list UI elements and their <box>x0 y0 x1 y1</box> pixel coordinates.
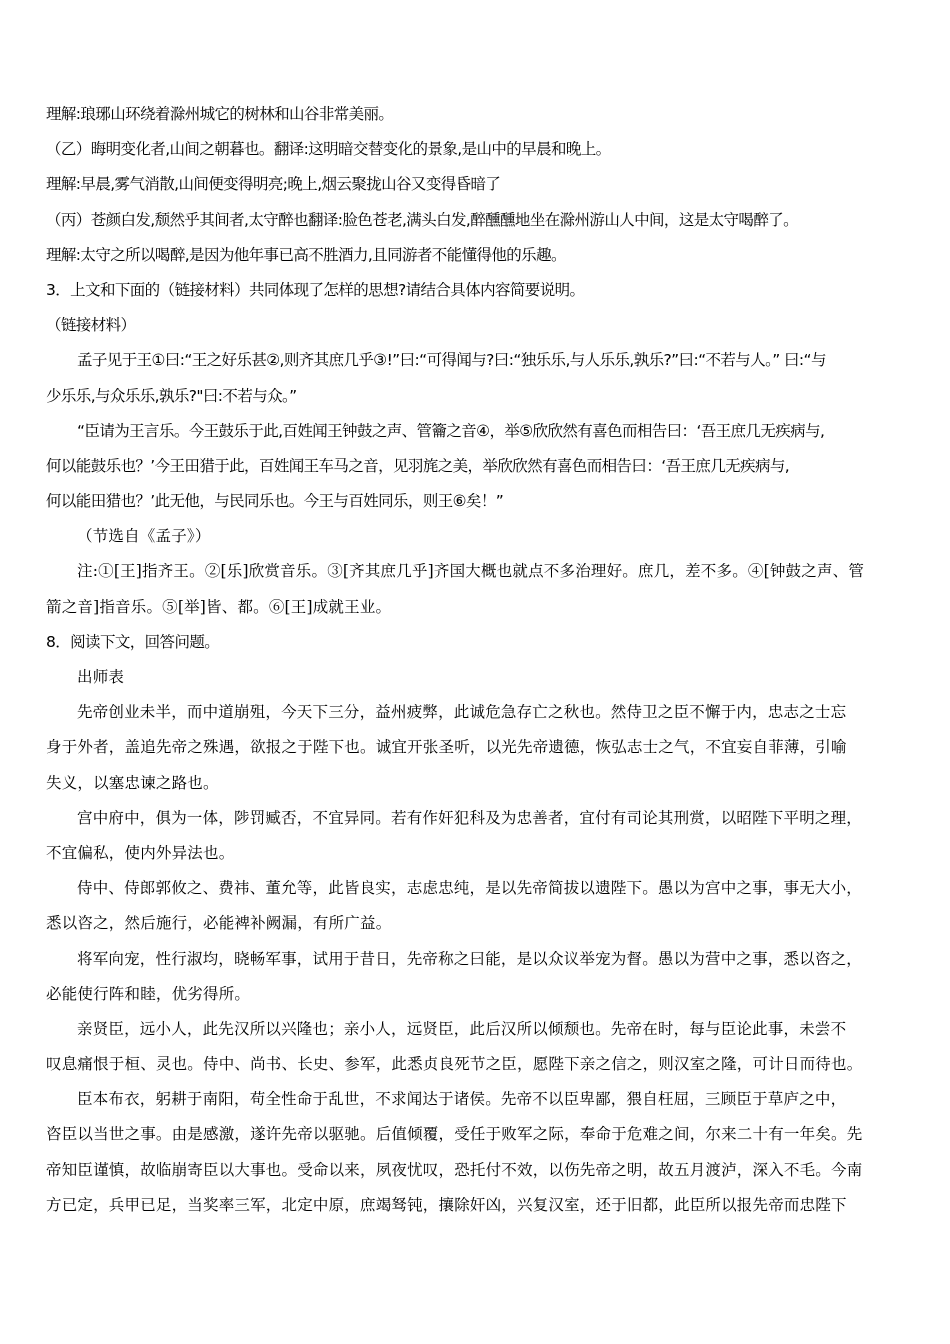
paragraph-line: 臣本布衣，躬耕于南阳，苟全性命于乱世，不求闻达于诸侯。先帝不以臣卑鄙，猥自枉屈，… <box>46 1082 908 1117</box>
document-page: 理解:琅琊山环绕着滁州城它的树林和山谷非常美丽。 （乙）晦明变化者,山间之朝暮也… <box>46 97 908 1223</box>
paragraph: 先帝创业未半，而中道崩殂，今天下三分，益州疲弊，此诚危急存亡之秋也。然侍卫之臣不… <box>46 695 908 801</box>
understanding-line: 理解:琅琊山环绕着滁州城它的树林和山谷非常美丽。 <box>46 97 908 132</box>
passage-line: 孟子见于王①曰:“王之好乐甚②,则齐其庶几乎③!”曰:“可得闻与?曰:“独乐乐,… <box>46 343 908 378</box>
paragraph-line: 身于外者，盖追先帝之殊遇，欲报之于陛下也。诚宜开张圣听，以光先帝遗德，恢弘志士之… <box>46 730 908 765</box>
source-citation: （节选自《孟子》） <box>46 519 908 554</box>
paragraph-line: 不宜偏私，使内外异法也。 <box>46 836 908 871</box>
paragraph: 将军向宠，性行淑均，晓畅军事，试用于昔日，先帝称之曰能，是以众议举宠为督。愚以为… <box>46 942 908 1012</box>
paragraph: 臣本布衣，躬耕于南阳，苟全性命于乱世，不求闻达于诸侯。先帝不以臣卑鄙，猥自枉屈，… <box>46 1082 908 1223</box>
paragraph-line: 失义，以塞忠谏之路也。 <box>46 766 908 801</box>
question-8: 8．阅读下文，回答问题。 出师表 先帝创业未半，而中道崩殂，今天下三分，益州疲弊… <box>46 625 908 1223</box>
paragraph: 亲贤臣，远小人，此先汉所以兴隆也；亲小人，远贤臣，此后汉所以倾颓也。先帝在时，每… <box>46 1012 908 1082</box>
passage-line: 少乐乐,与众乐乐,孰乐?"曰:不若与众。” <box>46 379 908 414</box>
question-prompt: 8．阅读下文，回答问题。 <box>46 625 908 660</box>
notes-line: 注:①[王]指齐王。②[乐]欣赏音乐。③[齐其庶几乎]齐国大概也就点不多治理好。… <box>46 554 908 589</box>
paragraph-line: 咨臣以当世之事。由是感激，遂许先帝以驱驰。后值倾覆，受任于败军之际，奉命于危难之… <box>46 1117 908 1152</box>
translation-line-bing: （丙）苍颜白发,颓然乎其间者,太守醉也翻译:脸色苍老,满头白发,醉醺醺地坐在滁州… <box>46 203 908 238</box>
paragraph-line: 必能使行阵和睦，优劣得所。 <box>46 977 908 1012</box>
paragraph: 侍中、侍郎郭攸之、费祎、董允等，此皆良实，志虑忠纯，是以先帝简拔以遗陛下。愚以为… <box>46 871 908 941</box>
paragraph-line: 亲贤臣，远小人，此先汉所以兴隆也；亲小人，远贤臣，此后汉所以倾颓也。先帝在时，每… <box>46 1012 908 1047</box>
passage-title: 出师表 <box>46 660 908 695</box>
notes-line: 箭之音]指音乐。⑤[举]皆、都。⑥[王]成就王业。 <box>46 590 908 625</box>
paragraph-line: 帝知臣谨慎，故临崩寄臣以大事也。受命以来，夙夜忧叹，恐托付不效，以伤先帝之明，故… <box>46 1153 908 1188</box>
understanding-line: 理解:早晨,雾气消散,山间便变得明亮;晚上,烟云聚拢山谷又变得昏暗了 <box>46 167 908 202</box>
paragraph: 宫中府中，俱为一体，陟罚臧否，不宜异同。若有作奸犯科及为忠善者，宜付有司论其刑赏… <box>46 801 908 871</box>
passage-line: 何以能鼓乐也？’今王田猎于此，百姓闻王车马之音，见羽旄之美，举欣欣然有喜色而相告… <box>46 449 908 484</box>
paragraph-line: 叹息痛恨于桓、灵也。侍中、尚书、长史、参军，此悉贞良死节之臣，愿陛下亲之信之，则… <box>46 1047 908 1082</box>
paragraph-line: 侍中、侍郎郭攸之、费祎、董允等，此皆良实，志虑忠纯，是以先帝简拔以遗陛下。愚以为… <box>46 871 908 906</box>
passage-line: “臣请为王言乐。今王鼓乐于此,百姓闻王钟鼓之声、管籥之音④，举⑤欣欣然有喜色而相… <box>46 414 908 449</box>
material-label: （链接材料） <box>46 308 908 343</box>
prior-section: 理解:琅琊山环绕着滁州城它的树林和山谷非常美丽。 （乙）晦明变化者,山间之朝暮也… <box>46 97 908 273</box>
paragraph-line: 方已定，兵甲已足，当奖率三军，北定中原，庶竭驽钝，攘除奸凶，兴复汉室，还于旧都，… <box>46 1188 908 1223</box>
translation-line-yi: （乙）晦明变化者,山间之朝暮也。翻译:这明暗交替变化的景象,是山中的早晨和晚上。 <box>46 132 908 167</box>
paragraph-line: 将军向宠，性行淑均，晓畅军事，试用于昔日，先帝称之曰能，是以众议举宠为督。愚以为… <box>46 942 908 977</box>
question-prompt: 3．上文和下面的（链接材料）共同体现了怎样的思想?请结合具体内容简要说明。 <box>46 273 908 308</box>
question-3: 3．上文和下面的（链接材料）共同体现了怎样的思想?请结合具体内容简要说明。 （链… <box>46 273 908 625</box>
paragraph-line: 悉以咨之，然后施行，必能裨补阙漏，有所广益。 <box>46 906 908 941</box>
passage-line: 何以能田猎也？’此无他，与民同乐也。今王与百姓同乐，则王⑥矣！” <box>46 484 908 519</box>
paragraph-line: 宫中府中，俱为一体，陟罚臧否，不宜异同。若有作奸犯科及为忠善者，宜付有司论其刑赏… <box>46 801 908 836</box>
paragraph-line: 先帝创业未半，而中道崩殂，今天下三分，益州疲弊，此诚危急存亡之秋也。然侍卫之臣不… <box>46 695 908 730</box>
understanding-line: 理解:太守之所以喝醉,是因为他年事已高不胜酒力,且同游者不能懂得他的乐趣。 <box>46 238 908 273</box>
